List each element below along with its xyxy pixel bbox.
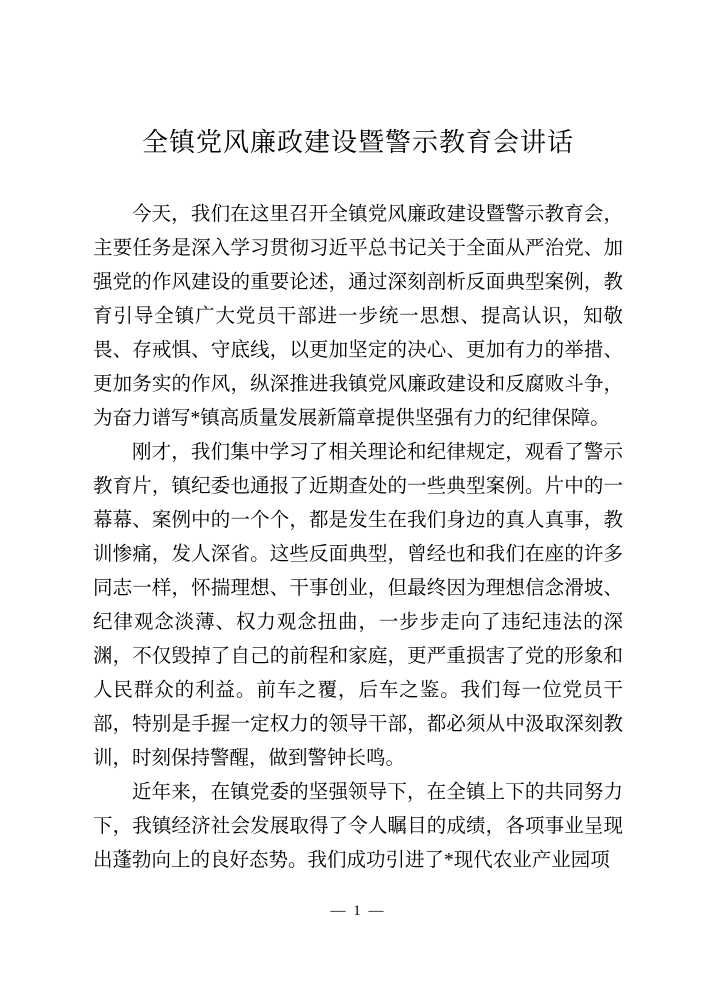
document-body: 今天，我们在这里召开全镇党风廉政建设暨警示教育会，主要任务是深入学习贯彻习近平总… (93, 198, 623, 878)
text-line: 更加务实的作风，纵深推进我镇党风廉政建设和反腐败斗争， (93, 368, 623, 402)
text-line: 教育片，镇纪委也通报了近期查处的一些典型案例。片中的一 (93, 470, 623, 504)
text-line: 训，时刻保持警醒，做到警钟长鸣。 (93, 742, 623, 776)
text-line: 同志一样，怀揣理想、干事创业，但最终因为理想信念滑坡、 (93, 572, 623, 606)
text-line: 下，我镇经济社会发展取得了令人瞩目的成绩，各项事业呈现 (93, 810, 623, 844)
text-line: 渊，不仅毁掉了自己的前程和家庭，更严重损害了党的形象和 (93, 640, 623, 674)
text-line: 强党的作风建设的重要论述，通过深刻剖析反面典型案例，教 (93, 266, 623, 300)
text-line: 纪律观念淡薄、权力观念扭曲，一步步走向了违纪违法的深 (93, 606, 623, 640)
text-line: 为奋力谱写*镇高质量发展新篇章提供坚强有力的纪律保障。 (93, 402, 623, 436)
text-line: 畏、存戒惧、守底线，以更加坚定的决心、更加有力的举措、 (93, 334, 623, 368)
text-line: 育引导全镇广大党员干部进一步统一思想、提高认识，知敬 (93, 300, 623, 334)
text-line: 幕幕、案例中的一个个，都是发生在我们身边的真人真事，教 (93, 504, 623, 538)
text-line: 主要任务是深入学习贯彻习近平总书记关于全面从严治党、加 (93, 232, 623, 266)
text-line: 人民群众的利益。前车之覆，后车之鉴。我们每一位党员干 (93, 674, 623, 708)
text-line: 部，特别是手握一定权力的领导干部，都必须从中汲取深刻教 (93, 708, 623, 742)
text-line: 出蓬勃向上的良好态势。我们成功引进了*现代农业产业园项 (93, 844, 623, 878)
text-line: 近年来，在镇党委的坚强领导下，在全镇上下的共同努力 (93, 776, 623, 810)
text-line: 刚才，我们集中学习了相关理论和纪律规定，观看了警示 (93, 436, 623, 470)
document-page: 全镇党风廉政建设暨警示教育会讲话 今天，我们在这里召开全镇党风廉政建设暨警示教育… (0, 0, 711, 1006)
text-line: 训惨痛，发人深省。这些反面典型，曾经也和我们在座的许多 (93, 538, 623, 572)
page-number: — 1 — (93, 902, 623, 920)
document-title: 全镇党风廉政建设暨警示教育会讲话 (93, 122, 623, 164)
text-line: 今天，我们在这里召开全镇党风廉政建设暨警示教育会， (93, 198, 623, 232)
